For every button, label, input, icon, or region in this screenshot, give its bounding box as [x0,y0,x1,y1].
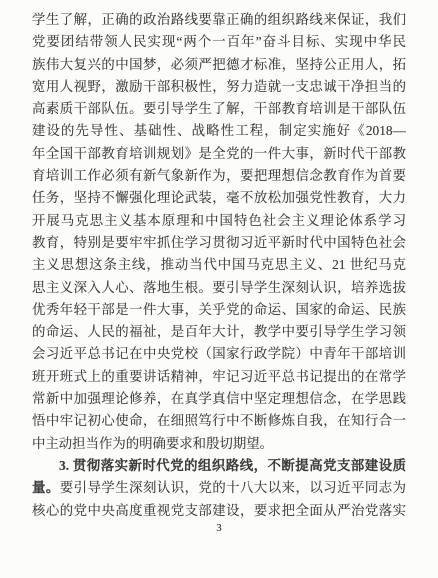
document-page: 学生了解，正确的政治路线要靠正确的组织路线来保证，我们党要团结带领人民实现“两个… [0,0,438,578]
text-line: 班开班式上的重要讲话精神，牢记习近平总书记提出的在常学 [32,366,406,388]
text-line: 会习近平总书记在中央党校（国家行政学院）中青年干部培训 [32,343,406,365]
text-line: 宽用人视野，激励干部积极性，努力造就一支忠诚干净担当的 [32,76,406,98]
text-segment: 常新中加强理论修养，在真学真信中坚定理想信念，在学思践 [32,391,406,406]
text-segment: 教育，特别是要牢牢抓住学习贯彻习近平新时代中国特色社会 [32,235,406,250]
text-segment: 育培训工作必须有新气象新作为，要把理想信念教育作为首要 [32,168,406,183]
text-line: 教育，特别是要牢牢抓住学习贯彻习近平新时代中国特色社会 [32,232,406,254]
text-line: 建设的先导性、基础性、战略性工程，制定实施好《2018—2022 [32,120,406,142]
text-segment: 宽用人视野，激励干部积极性，努力造就一支忠诚干净担当的 [32,79,406,94]
text-line: 悟中牢记初心使命，在细照笃行中不断修炼自我，在知行合一 [32,410,406,432]
text-segment: 中主动担当作为的明确要求和殷切期望。 [32,436,273,451]
text-line: 优秀年轻干部是一件大事，关乎党的命运、国家的命运、民族 [32,299,406,321]
text-line: 思主义深入人心、落地生根。要引导学生深刻认识，培养选拔 [32,277,406,299]
text-segment: 学生了解，正确的政治路线要靠正确的组织路线来保证，我们 [32,12,406,27]
text-segment: 思主义深入人心、落地生根。要引导学生深刻认识，培养选拔 [32,280,406,295]
text-segment: 高素质干部队伍。要引导学生了解，干部教育培训是干部队伍 [32,101,406,116]
text-segment: 班开班式上的重要讲话精神，牢记习近平总书记提出的在常学 [32,369,406,384]
text-segment: 任务，坚持不懈强化理论武装，毫不放松加强党性教育，大力 [32,190,406,205]
text-line: 中主动担当作为的明确要求和殷切期望。 [32,433,406,455]
text-segment: 优秀年轻干部是一件大事，关乎党的命运、国家的命运、民族 [32,302,406,317]
text-segment: 会习近平总书记在中央党校（国家行政学院）中青年干部培训 [32,346,406,361]
text-line: 主义思想这条主线，推动当代中国马克思主义、21 世纪马克 [32,254,406,276]
text-segment: 的命运、人民的福祉，是百年大计，教学中要引导学生学习领 [32,324,406,339]
page-number: 3 [0,523,438,534]
text-segment: 核心的党中央高度重视党支部建设，要求把全面从严治党落实 [32,503,406,518]
text-segment: 族伟大复兴的中国梦，必须严把德才标准，坚持公正用人，拓 [32,57,406,72]
text-segment: 悟中牢记初心使命，在细照笃行中不断修炼自我，在知行合一 [32,413,406,428]
text-line: 量。要引导学生深刻认识，党的十八大以来，以习近平同志为 [32,477,406,499]
text-segment: 要引导学生深刻认识，党的十八大以来，以习近平同志为 [60,480,406,495]
text-line: 任务，坚持不懈强化理论武装，毫不放松加强党性教育，大力 [32,187,406,209]
text-line: 开展马克思主义基本原理和中国特色社会主义理论体系学习 [32,210,406,232]
text-segment: 党要团结带领人民实现“两个一百年”奋斗目标、实现中华民 [32,34,406,49]
text-line: 的命运、人民的福祉，是百年大计，教学中要引导学生学习领 [32,321,406,343]
text-line: 育培训工作必须有新气象新作为，要把理想信念教育作为首要 [32,165,406,187]
text-line: 学生了解，正确的政治路线要靠正确的组织路线来保证，我们 [32,9,406,31]
text-line: 年全国干部教育培训规划》是全党的一件大事，新时代干部教 [32,143,406,165]
text-line: 常新中加强理论修养，在真学真信中坚定理想信念，在学思践 [32,388,406,410]
text-segment: 年全国干部教育培训规划》是全党的一件大事，新时代干部教 [32,146,406,161]
bold-text-segment: 3. 贯彻落实新时代党的组织路线，不断提高党支部建设质 [59,458,406,473]
document-body: 学生了解，正确的政治路线要靠正确的组织路线来保证，我们党要团结带领人民实现“两个… [32,9,406,522]
text-segment: 建设的先导性、基础性、战略性工程，制定实施好《2018—2022 [32,123,406,142]
text-line: 族伟大复兴的中国梦，必须严把德才标准，坚持公正用人，拓 [32,54,406,76]
text-segment: 开展马克思主义基本原理和中国特色社会主义理论体系学习 [32,213,406,228]
text-line: 高素质干部队伍。要引导学生了解，干部教育培训是干部队伍 [32,98,406,120]
text-line: 党要团结带领人民实现“两个一百年”奋斗目标、实现中华民 [32,31,406,53]
bold-text-segment: 量。 [32,480,60,495]
text-segment: 主义思想这条主线，推动当代中国马克思主义、21 世纪马克 [32,257,406,272]
text-line: 3. 贯彻落实新时代党的组织路线，不断提高党支部建设质 [32,455,406,477]
text-line: 核心的党中央高度重视党支部建设，要求把全面从严治党落实 [32,500,406,522]
